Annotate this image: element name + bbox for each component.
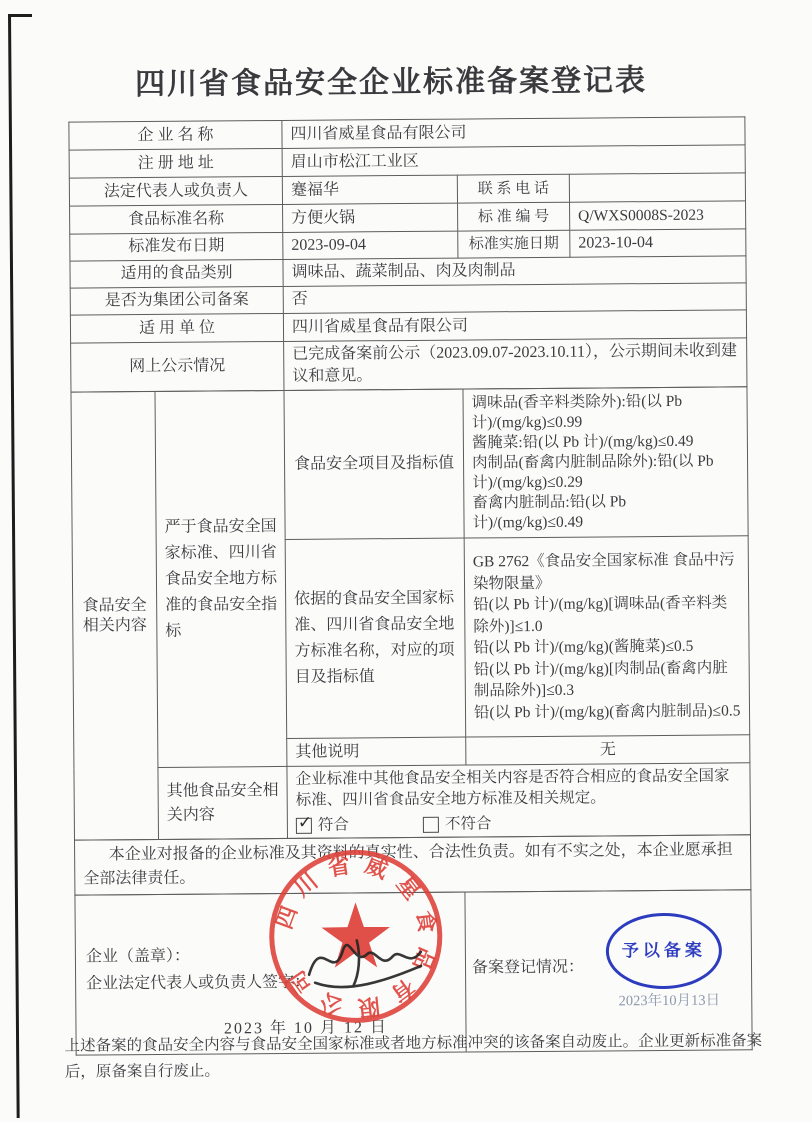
basis-value: GB 2762《食品安全国家标准 食品中污染物限量》 铅(以 Pb 计)/(mg… [464, 536, 750, 737]
publicity-value: 已完成备案前公示（2023.09.07-2023.10.11），公示期间未收到建… [284, 338, 747, 391]
std-no-label: 标 准 编 号 [458, 202, 570, 231]
page-title: 四川省食品安全企业标准备案登记表 [0, 54, 786, 104]
other-content-question: 企业标准中其他食品安全相关内容是否符合相应的食品安全国家标准、四川省食品安全地方… [295, 767, 729, 808]
legal-rep-sign-label: 企业法定代表人或负责人签字： [86, 969, 310, 998]
conform-label: 符合 [318, 814, 349, 835]
company-seal-label: 企业（盖章）： [86, 942, 310, 971]
publish-date-label: 标准发布日期 [70, 232, 283, 261]
registration-form: 企 业 名 称 四川省威星食品有限公司 注 册 地 址 眉山市松江工业区 法定代… [68, 117, 751, 1055]
safety-table: 食品安全相关内容 严于食品安全国家标准、四川省食品安全地方标准的食品安全指标 食… [70, 386, 751, 840]
std-name-label: 食品标准名称 [70, 204, 283, 234]
safety-items-value: 调味品(香辛料类除外):铅(以 Pb 计)/(mg/kg)≤0.99 酱腌菜:铅… [463, 387, 748, 538]
registration-date: 2023年10月13日 [604, 990, 734, 1011]
legal-rep-value: 蹇福华 [282, 175, 457, 204]
other-content-cell: 企业标准中其他食品安全相关内容是否符合相应的食品安全国家标准、四川省食品安全地方… [287, 763, 751, 839]
scan-corner-mark [8, 14, 32, 17]
conformity-choices: ✓ 符合 不符合 [296, 811, 742, 836]
table-row: 食品安全相关内容 严于食品安全国家标准、四川省食品安全地方标准的食品安全指标 食… [71, 387, 748, 541]
address-value: 眉山市松江工业区 [282, 145, 745, 177]
scanned-form-page: 四川省食品安全企业标准备案登记表 企 业 名 称 四川省威星食品有限公司 注 册… [0, 0, 812, 1122]
publicity-label: 网上公示情况 [71, 341, 284, 392]
phone-value [569, 173, 745, 202]
other-note-value: 无 [466, 735, 750, 765]
seal-sign-labels: 企业（盖章）： 企业法定代表人或负责人签字： [86, 942, 310, 998]
other-note-label: 其他说明 [287, 737, 466, 766]
safety-items-label: 食品安全项目及指标值 [284, 389, 464, 539]
table-row: 其他食品安全相关内容 企业标准中其他食品安全相关内容是否符合相应的食品安全国家标… [74, 763, 751, 840]
std-no-value: Q/WXS0008S-2023 [570, 201, 746, 230]
group-filing-value: 否 [283, 283, 746, 314]
legal-rep-label: 法定代表人或负责人 [69, 176, 282, 206]
implement-date-label: 标准实施日期 [458, 230, 570, 258]
nonconform-label: 不符合 [445, 813, 492, 834]
safety-section-label: 食品安全相关内容 [71, 391, 159, 840]
conform-checkbox[interactable]: ✓ [296, 817, 312, 833]
implement-date-value: 2023-10-04 [570, 229, 746, 257]
address-label: 注 册 地 址 [69, 148, 282, 178]
table-row: 本企业对报备的企业标准及其资料的真实性、合法性负责。如有不实之处，本企业愿承担全… [75, 835, 751, 895]
declaration-table: 本企业对报备的企业标准及其资料的真实性、合法性负责。如有不实之处，本企业愿承担全… [74, 834, 751, 895]
applicable-unit-label: 适 用 单 位 [70, 313, 283, 343]
approval-stamp: 予以备案 [606, 913, 723, 990]
footer-note: 上述备案的食品安全内容与食品安全国家标准或者地方标准冲突的该备案自动废止。企业更… [65, 1028, 765, 1085]
other-content-label: 其他食品安全相关内容 [158, 766, 288, 839]
info-table: 企 业 名 称 四川省威星食品有限公司 注 册 地 址 眉山市松江工业区 法定代… [68, 116, 747, 392]
company-name-value: 四川省威星食品有限公司 [282, 117, 745, 149]
table-row: 网上公示情况 已完成备案前公示（2023.09.07-2023.10.11），公… [71, 338, 747, 392]
company-name-label: 企 业 名 称 [69, 120, 282, 150]
nonconform-checkbox[interactable] [423, 816, 439, 832]
checkmark-icon: ✓ [298, 812, 312, 833]
stricter-indicators-label: 严于食品安全国家标准、四川省食品安全地方标准的食品安全指标 [155, 390, 287, 767]
registration-status-label: 备案登记情况： [472, 958, 584, 979]
applicable-unit-value: 四川省威星食品有限公司 [283, 310, 746, 342]
category-value: 调味品、蔬菜制品、肉及肉制品 [283, 256, 746, 287]
category-label: 适用的食品类别 [70, 259, 283, 288]
publish-date-value: 2023-09-04 [283, 231, 458, 259]
basis-label: 依据的食品安全国家标准、四川省食品安全地方标准名称，对应的项目及指标值 [285, 538, 466, 738]
group-filing-label: 是否为集团公司备案 [70, 286, 283, 315]
std-name-value: 方便火锅 [283, 203, 458, 232]
declaration-text: 本企业对报备的企业标准及其资料的真实性、合法性负责。如有不实之处，本企业愿承担全… [75, 835, 751, 895]
phone-label: 联 系 电 话 [457, 174, 569, 203]
